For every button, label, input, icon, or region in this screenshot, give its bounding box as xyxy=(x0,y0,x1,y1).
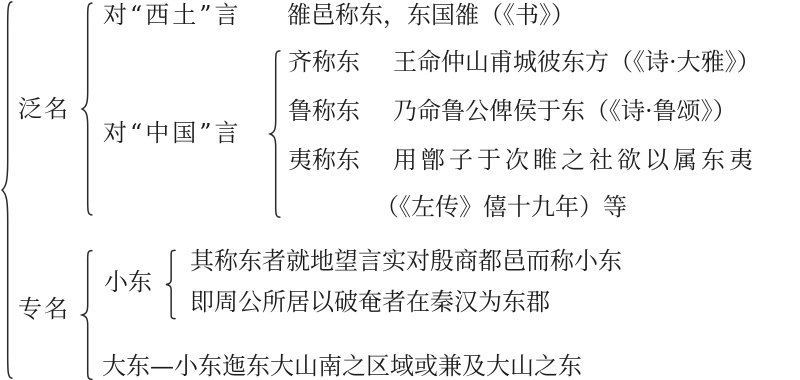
zuozhuan-source-text: （《左传》僖十九年）等 xyxy=(375,194,627,220)
zhuanming-brace xyxy=(80,250,94,380)
fanming-brace xyxy=(80,2,94,216)
dadong-label: 大东 xyxy=(102,353,150,379)
qi-label: 齐称东 xyxy=(288,49,393,75)
brace-diagram: 泛名 对“西土”言 雒邑称东，东国雒（《书》） 对“中国”言 齐称东王命仲山甫城… xyxy=(0,0,800,380)
dadong-text: —小东迤东大山南之区域或兼及大山之东 xyxy=(150,352,582,380)
yi-label: 夷称东 xyxy=(288,147,393,173)
yi-text: 用鄫子于次睢之社欲以属东夷 xyxy=(393,146,757,174)
qi-text: 王命仲山甫城彼东方（《诗·大雅》） xyxy=(393,48,761,76)
lu-row: 鲁称东乃命鲁公俾侯于东（《诗·鲁颂》） xyxy=(288,98,737,124)
lu-text: 乃命鲁公俾侯于东（《诗·鲁颂》） xyxy=(393,97,737,125)
xitu-label: 对“西土”言 xyxy=(103,2,242,28)
fanming-label: 泛名 xyxy=(18,96,70,122)
qi-row: 齐称东王命仲山甫城彼东方（《诗·大雅》） xyxy=(288,49,761,75)
xitu-text: 雒邑称东，东国雒（《书》） xyxy=(287,2,575,28)
zhongguo-brace xyxy=(268,50,282,218)
xiaodong-line-1: 其称东者就地望言实对殷商都邑而称小东 xyxy=(190,248,622,274)
yi-row: 夷称东用鄫子于次睢之社欲以属东夷 xyxy=(288,147,757,173)
outer-brace xyxy=(0,0,14,380)
lu-label: 鲁称东 xyxy=(288,98,393,124)
dadong-row: 大东—小东迤东大山南之区域或兼及大山之东 xyxy=(102,353,582,379)
xiaodong-line-2: 即周公所居以破奄者在秦汉为东郡 xyxy=(190,289,550,315)
zhongguo-label: 对“中国”言 xyxy=(103,120,242,146)
xiaodong-brace xyxy=(164,250,177,319)
xiaodong-label: 小东 xyxy=(104,269,152,295)
zhuanming-label: 专名 xyxy=(18,296,70,322)
